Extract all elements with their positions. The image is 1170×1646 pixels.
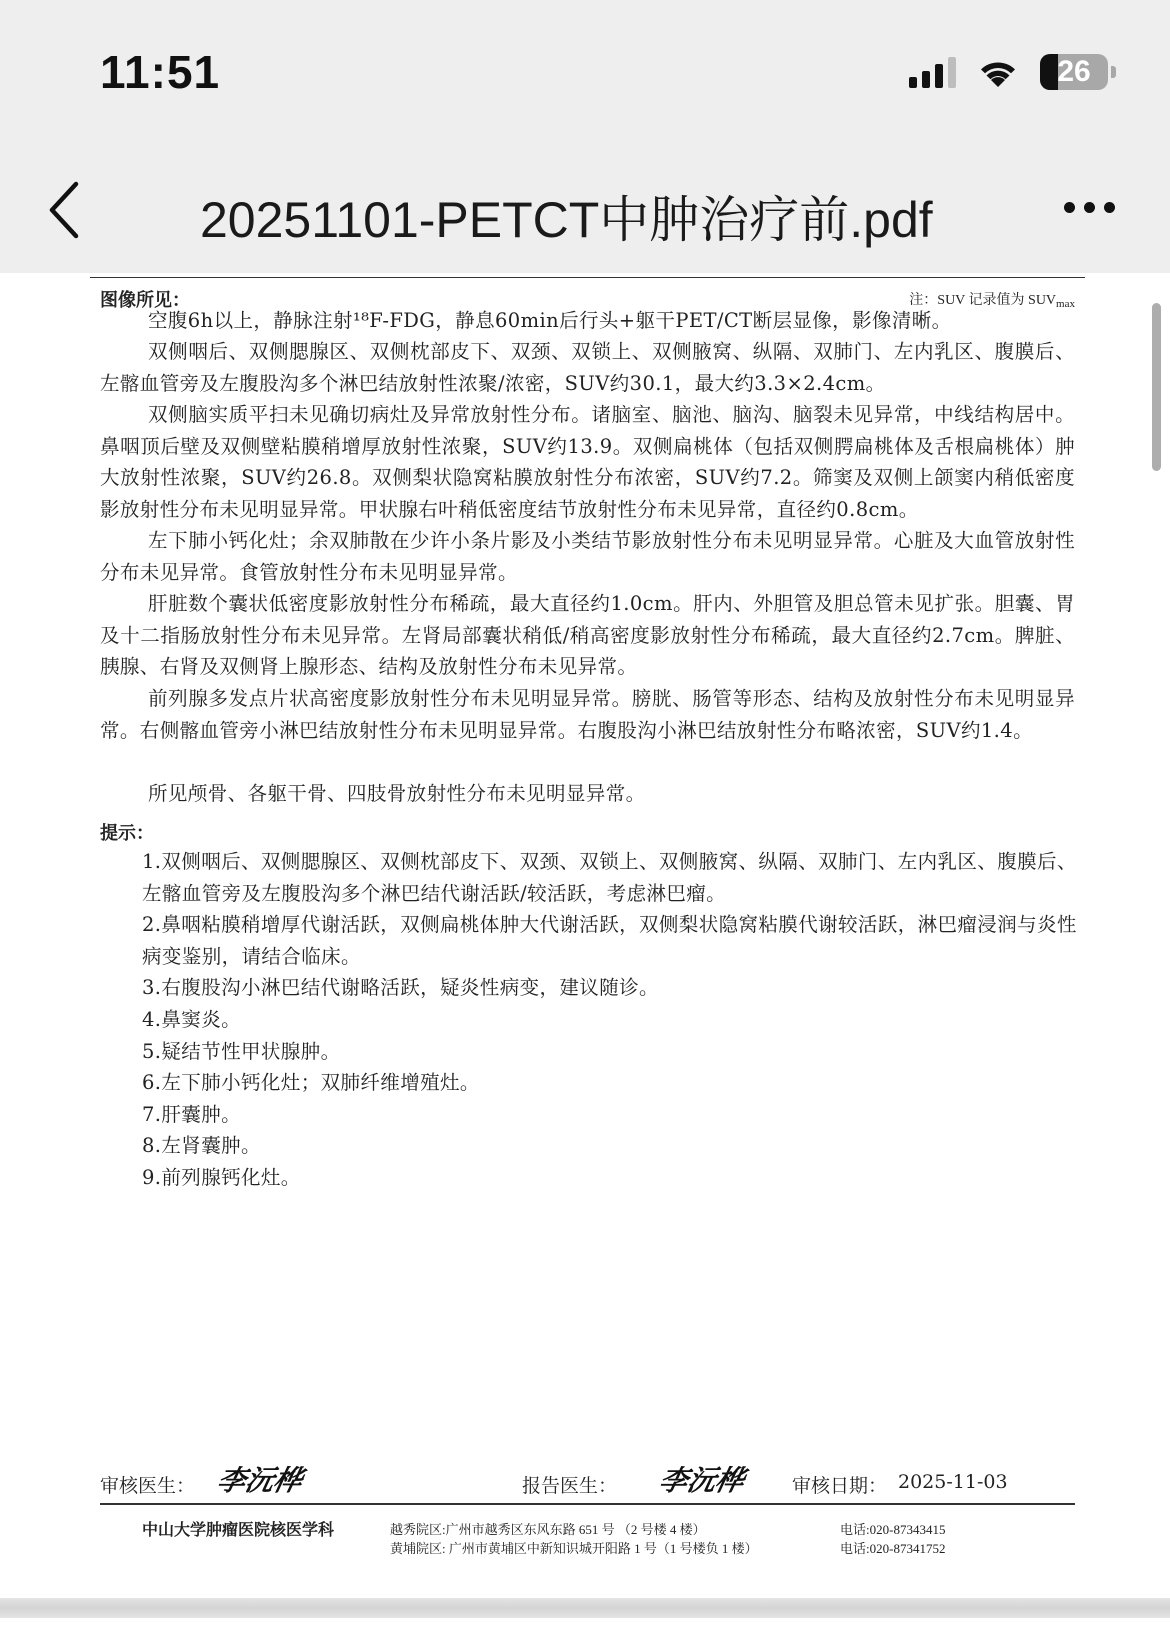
campus1-address: 越秀院区:广州市越秀区东风东路 651 号 （2 号楼 4 楼） <box>390 1519 706 1538</box>
hospital-name: 中山大学肿瘤医院核医学科 <box>142 1517 334 1540</box>
status-time: 11:51 <box>100 45 220 99</box>
findings-paragraph-3: 双侧脑实质平扫未见确切病灶及异常放射性分布。诸脑室、脑池、脑沟、脑裂未见异常，中… <box>100 399 1075 525</box>
status-bar: 11:51 26 <box>0 0 1170 150</box>
reviewer-label: 审核医生： <box>100 1471 195 1498</box>
tip-item: 4.鼻窦炎。 <box>142 1004 1077 1036</box>
more-options-button[interactable] <box>1064 190 1115 213</box>
tip-item: 1.双侧咽后、双侧腮腺区、双侧枕部皮下、双颈、双锁上、双侧腋窝、纵隔、双肺门、左… <box>142 846 1077 909</box>
pdf-page-next[interactable] <box>0 1618 1170 1646</box>
tip-item: 3.右腹股沟小淋巴结代谢略活跃，疑炎性病变，建议随诊。 <box>142 972 1077 1004</box>
tip-item: 7.肝囊肿。 <box>142 1099 1077 1131</box>
page-separator <box>0 1598 1170 1618</box>
tip-item: 6.左下肺小钙化灶；双肺纤维增殖灶。 <box>142 1067 1077 1099</box>
footer-divider <box>100 1503 1075 1505</box>
tip-item: 5.疑结节性甲状腺肿。 <box>142 1036 1077 1068</box>
ellipsis-icon <box>1064 202 1075 213</box>
battery-level: 26 <box>1040 54 1108 90</box>
document-title: 20251101-PETCT中肿治疗前.pdf <box>200 180 933 252</box>
findings-paragraph-1: 空腹6h以上，静脉注射¹⁸F-FDG，静息60min后行头+躯干PET/CT断层… <box>100 305 1075 337</box>
findings-paragraph-6: 前列腺多发点片状高密度影放射性分布未见明显异常。膀胱、肠管等形态、结构及放射性分… <box>100 683 1075 746</box>
top-divider <box>90 277 1085 278</box>
campus2-phone: 电话:020-87341752 <box>840 1538 945 1557</box>
pdf-page[interactable]: 图像所见： 注：SUV 记录值为 SUVmax 空腹6h以上，静脉注射¹⁸F-F… <box>0 273 1170 1598</box>
tip-item: 9.前列腺钙化灶。 <box>142 1162 1077 1194</box>
reporter-signature: 李沅桦 <box>656 1459 749 1499</box>
campus2-address: 黄埔院区: 广州市黄埔区中新知识城开阳路 1 号（1 号楼负 1 楼） <box>390 1538 758 1557</box>
chevron-left-icon <box>44 178 84 242</box>
findings-paragraph-2: 双侧咽后、双侧腮腺区、双侧枕部皮下、双颈、双锁上、双侧腋窝、纵隔、双肺门、左内乳… <box>100 336 1075 399</box>
review-date-label: 审核日期： <box>792 1471 887 1498</box>
wifi-icon <box>978 56 1018 88</box>
findings-paragraph-5: 肝脏数个囊状低密度影放射性分布稀疏，最大直径约1.0cm。肝内、外胆管及胆总管未… <box>100 588 1075 683</box>
tips-list: 1.双侧咽后、双侧腮腺区、双侧枕部皮下、双颈、双锁上、双侧腋窝、纵隔、双肺门、左… <box>142 846 1077 1194</box>
tip-item: 8.左肾囊肿。 <box>142 1130 1077 1162</box>
review-date: 2025-11-03 <box>898 1471 1008 1493</box>
battery-icon: 26 <box>1040 54 1108 90</box>
tips-heading: 提示： <box>100 819 154 845</box>
scrollbar-thumb[interactable] <box>1152 303 1161 471</box>
back-button[interactable] <box>44 178 94 242</box>
reviewer-signature: 李沅桦 <box>214 1459 307 1499</box>
status-icons: 26 <box>909 54 1116 90</box>
findings-paragraph-4: 左下肺小钙化灶；余双肺散在少许小条片影及小类结节影放射性分布未见明显异常。心脏及… <box>100 525 1075 588</box>
campus1-phone: 电话:020-87343415 <box>840 1519 945 1538</box>
reporter-label: 报告医生： <box>522 1471 617 1498</box>
findings-paragraph-7: 所见颅骨、各躯干骨、四肢骨放射性分布未见明显异常。 <box>100 778 1075 810</box>
cellular-signal-icon <box>909 56 956 88</box>
battery-tip <box>1111 66 1116 78</box>
tip-item: 2.鼻咽粘膜稍增厚代谢活跃，双侧扁桃体肿大代谢活跃，双侧梨状隐窝粘膜代谢较活跃，… <box>142 909 1077 972</box>
nav-bar: 20251101-PETCT中肿治疗前.pdf <box>0 150 1170 270</box>
